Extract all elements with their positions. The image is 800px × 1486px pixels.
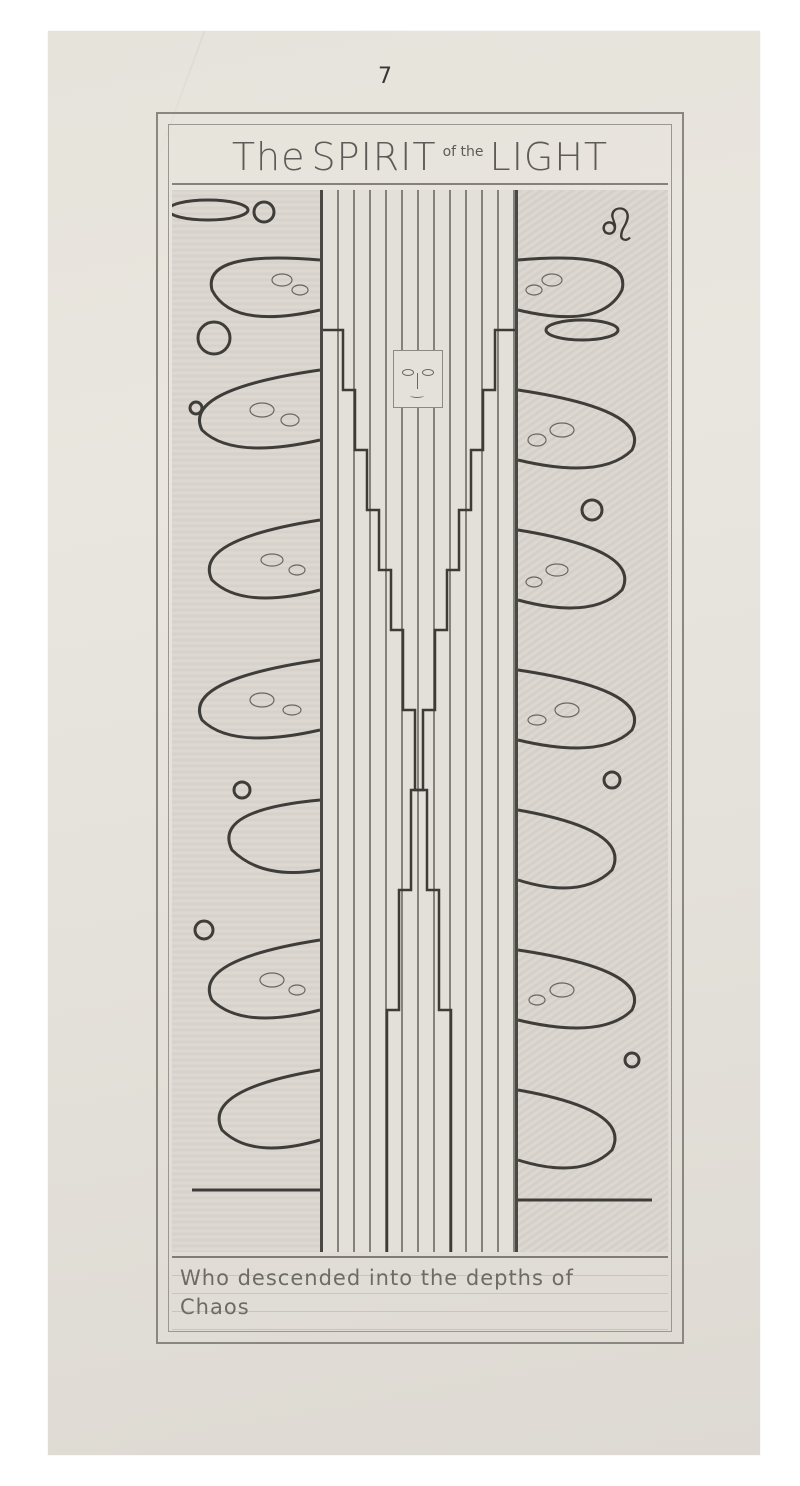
spirit-face: [393, 350, 443, 408]
page-number: 7: [378, 64, 392, 89]
caption-band: Who descended into the depths of Chaos: [172, 1256, 668, 1332]
caption-line-2: Chaos: [180, 1293, 660, 1322]
title-connector: of the: [443, 144, 484, 160]
title-word-light: LIGHT: [490, 135, 609, 179]
right-eye: [422, 369, 434, 376]
illustration-panel: [172, 190, 668, 1252]
title-band: The SPIRIT of the LIGHT: [172, 130, 668, 185]
mouth: [410, 393, 424, 398]
caption-line-1: Who descended into the depths of: [180, 1264, 660, 1293]
light-column: [320, 190, 518, 1252]
title-prefix: The: [232, 135, 306, 179]
nose: [417, 373, 418, 389]
left-eye: [402, 369, 414, 376]
title-word-spirit: SPIRIT: [312, 135, 437, 179]
leo-icon: ♌: [596, 198, 637, 252]
